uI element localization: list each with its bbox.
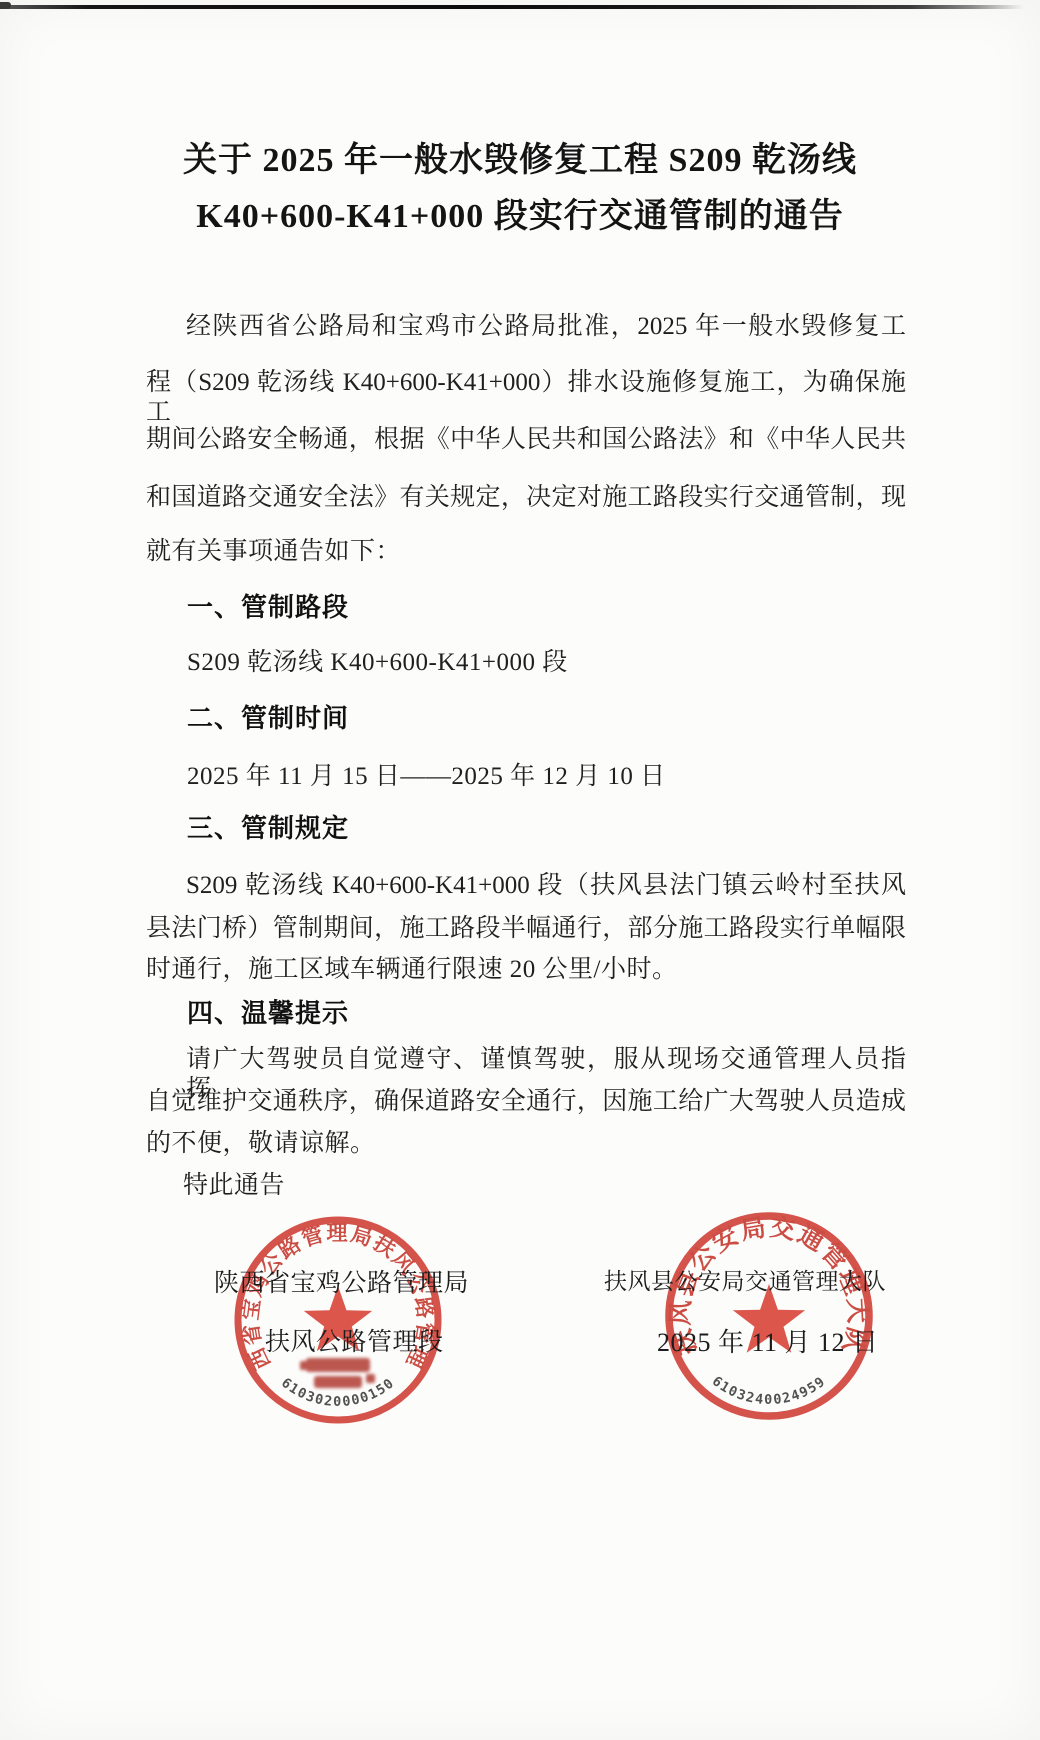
title-line-1: 关于 2025 年一般水毁修复工程 S209 乾汤线 [0, 133, 1040, 189]
section-1-item: S209 乾汤线 K40+600-K41+000 段 [146, 648, 947, 678]
intro-line-2: 程（S209 乾汤线 K40+600-K41+000）排水设施修复施工，为确保施… [146, 368, 906, 428]
intro-line-3: 期间公路安全畅通，根据《中华人民共和国公路法》和《中华人民共 [146, 425, 906, 455]
scan-corner-mark [0, 2, 11, 9]
left-signature-dept: 扶风公路管理段 [265, 1322, 444, 1358]
right-signature-date: 2025 年 11 月 12 日 [657, 1322, 879, 1359]
section-4-heading: 四、温馨提示 [146, 998, 947, 1028]
document-title: 关于 2025 年一般水毁修复工程 S209 乾汤线 K40+600-K41+0… [0, 133, 1040, 245]
intro-line-4: 和国道路交通安全法》有关规定，决定对施工路段实行交通管制，现 [146, 483, 906, 513]
right-official-seal: 扶风县公安局交通管理大队 6103240024959 [658, 1205, 880, 1427]
regulation-line-2: 县法门桥）管制期间，施工路段半幅通行，部分施工路段实行单幅限 [146, 914, 906, 944]
seal-center-smudge [300, 1358, 375, 1388]
closing-line: 特此通告 [146, 1171, 943, 1201]
regulation-line-3: 时通行，施工区域车辆通行限速 20 公里/小时。 [146, 955, 906, 985]
scan-edge-line [6, 5, 1034, 9]
notice-document-page: 关于 2025 年一般水毁修复工程 S209 乾汤线 K40+600-K41+0… [0, 0, 1040, 1740]
intro-line-1: 经陕西省公路局和宝鸡市公路局批准，2025 年一般水毁修复工 [146, 312, 906, 342]
right-signature-org: 扶风县公安局交通管理大队 [604, 1263, 886, 1296]
section-3-heading: 三、管制规定 [146, 813, 947, 843]
left-official-seal: 陕西省宝鸡公路管理局扶风公路管理段 6103020000150 [226, 1208, 450, 1432]
intro-line-5: 就有关事项通告如下： [146, 537, 906, 567]
regulation-line-1: S209 乾汤线 K40+600-K41+000 段（扶风县法门镇云岭村至扶风 [146, 871, 906, 901]
title-line-2: K40+600-K41+000 段实行交通管制的通告 [0, 189, 1040, 245]
left-signature-org: 陕西省宝鸡公路管理局 [214, 1263, 469, 1299]
section-1-heading: 一、管制路段 [146, 592, 947, 622]
section-2-heading: 二、管制时间 [146, 703, 947, 733]
tip-line-2: 自觉维护交通秩序，确保道路安全通行，因施工给广大驾驶人员造成 [146, 1087, 906, 1117]
section-2-item: 2025 年 11 月 15 日——2025 年 12 月 10 日 [146, 762, 947, 792]
tip-line-3: 的不便，敬请谅解。 [146, 1129, 906, 1159]
